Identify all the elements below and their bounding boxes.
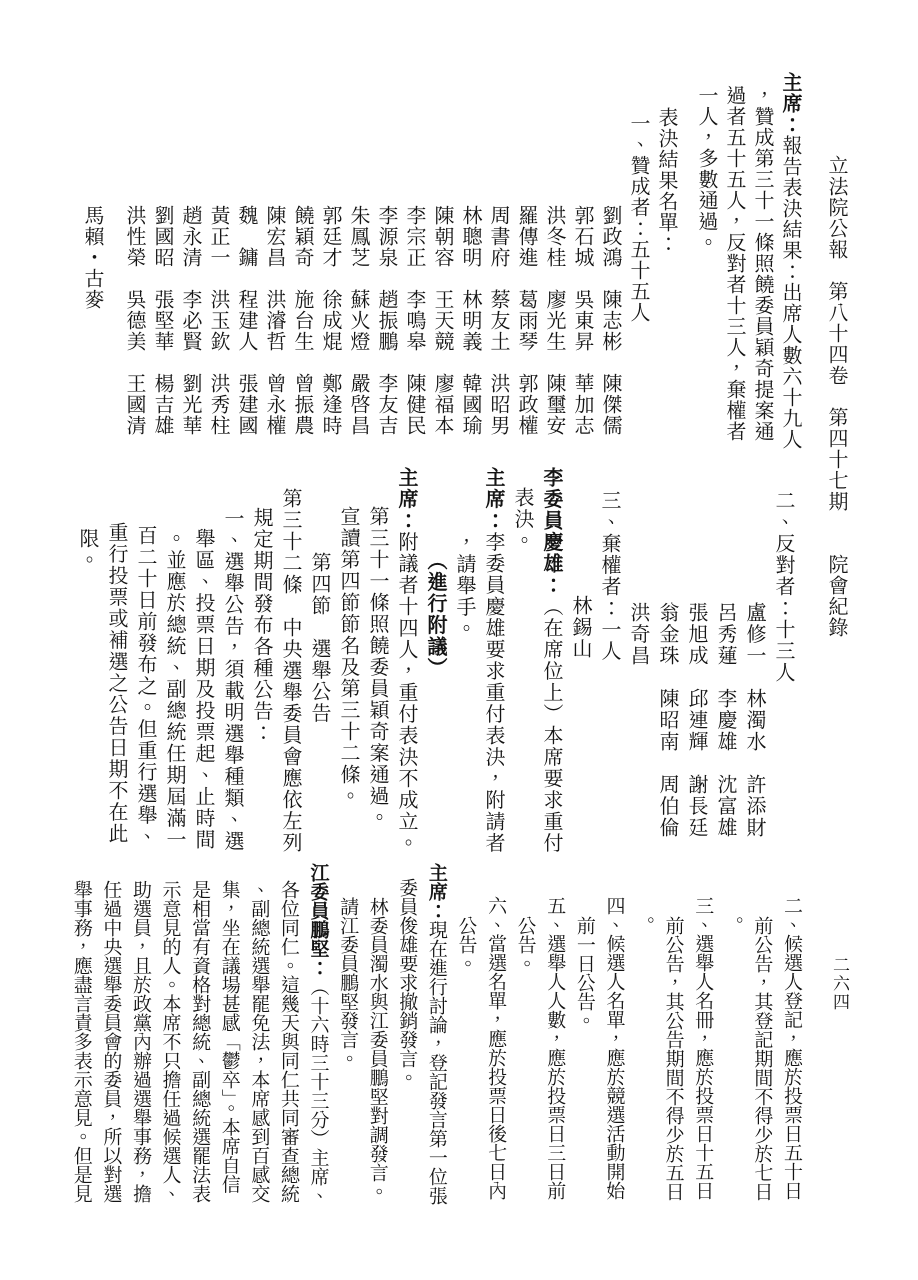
speaker-name: 主席： xyxy=(426,863,447,920)
name-list-column: 陳朝容 王天競 廖福本 xyxy=(429,65,457,463)
masthead-title: 立法院公報 第八十四卷 第四十七期 院會紀錄 xyxy=(822,155,851,638)
name-list-column: 羅傳進 葛雨琴 郭政權 xyxy=(513,65,541,463)
text-column: 三、棄權者：一人 xyxy=(595,460,624,882)
text-column: 五、選舉人人數，應於投票日三日前 xyxy=(539,860,569,1262)
text-column: 第三十一條照饒委員穎奇案通過。 xyxy=(363,460,392,882)
text-column: （進行附議） xyxy=(421,460,450,882)
text-column: 李委員慶雄：（在席位上）本席要求重付 xyxy=(537,460,566,882)
text-column: 第三十二條 中央選舉委員會應依左列 xyxy=(276,460,305,882)
text-column: 二、反對者：十三人 xyxy=(769,460,798,882)
text-column: 林委員濁水與江委員鵬堅對調發言。 xyxy=(361,860,391,1262)
name-list-column: 陳宏昌 洪濬哲 曾永權 xyxy=(261,65,289,463)
text-column: 是相當有資格對總統、副總統選罷法表 xyxy=(184,860,214,1262)
text-column: 限。 xyxy=(73,460,102,882)
speaker-name: 江委員鵬堅： xyxy=(308,863,329,977)
text-column: 公告。 xyxy=(509,860,539,1262)
opposition-and-article32-section: 二、反對者：十三人盧修一 林濁水 許添財呂秀蓮 李慶雄 沈富雄張旭成 邱連輝 謝… xyxy=(73,460,798,882)
text-column: 、副總統選舉罷免法，本席感到百感交 xyxy=(243,860,273,1262)
text-column: 任過中央選舉委員會的委員，所以對選 xyxy=(95,860,125,1262)
name-list-column: 趙永清 李必賢 劉光華 xyxy=(177,65,205,463)
name-list-column: 洪冬桂 廖光生 陳璽安 xyxy=(541,65,569,463)
name-list-column: 朱鳳芝 蘇火燈 嚴啓昌 xyxy=(345,65,373,463)
vote-report-section: 主席：報告表決結果：出席人數六十九人，贊成第三十一條照饒委員穎奇提案通過者五十五… xyxy=(79,65,805,463)
text-column: 集，坐在議場甚感「鬱卒」。本席自信 xyxy=(213,860,243,1262)
text-column: 一、贊成者：五十五人 xyxy=(625,65,653,463)
text-column: 主席：附議者十四人，重付表決不成立。 xyxy=(392,460,421,882)
name-list-column: 馬賴・古麥 xyxy=(79,65,107,463)
name-list-column: 魏 鏞 程建人 張建國 xyxy=(233,65,261,463)
speaker-name: 主席： xyxy=(395,467,417,532)
text-column: 百二十日前發布之。但重行選舉、 xyxy=(131,460,160,882)
announcements-and-speech-section: 二、候選人登記，應於投票日五十日前公告，其登記期間不得少於七日。三、選舉人名冊，… xyxy=(65,860,805,1262)
text-column: 一、選舉公告，須載明選舉種類、選 xyxy=(218,460,247,882)
text-column: 舉事務，應盡言責多表示意見。但是見 xyxy=(65,860,95,1262)
name-list-column: 周書府 蔡友土 洪昭男 xyxy=(485,65,513,463)
text-column: 主席：現在進行討論，登記發言第一位張 xyxy=(420,860,450,1262)
name-list-column: 盧修一 林濁水 許添財 xyxy=(740,460,769,882)
speaker-name: 主席： xyxy=(779,72,801,135)
name-list-column: 饒穎奇 施台生 曾振農 xyxy=(289,65,317,463)
text-column: 規定期間發布各種公告： xyxy=(247,460,276,882)
text-column: 宣讀第四節節名及第三十二條。 xyxy=(334,460,363,882)
name-list-column: 林聰明 林明義 韓國瑜 xyxy=(457,65,485,463)
text-column: 二、候選人登記，應於投票日五十日 xyxy=(775,860,805,1262)
text-column: 四、候選人名單，應於競選活動開始 xyxy=(598,860,628,1262)
name-list-column: 郭廷才 徐成焜 鄭逢時 xyxy=(317,65,345,463)
text-column: 主席：報告表決結果：出席人數六十九人 xyxy=(777,65,805,463)
text-column: 。 xyxy=(627,860,657,1262)
text-column: 第四節 選舉公告 xyxy=(305,460,334,882)
text-column: 江委員鵬堅：（十六時三十三分）主席、 xyxy=(302,860,332,1262)
speaker-name: 李委員慶雄： xyxy=(540,467,562,596)
text-column: 舉區、投票日期及投票起、止時間 xyxy=(189,460,218,882)
text-column: 委員俊雄要求撤銷發言。 xyxy=(391,860,421,1262)
text-column: 重行投票或補選之公告日期不在此 xyxy=(102,460,131,882)
name-list-column: 張旭成 邱連輝 謝長廷 xyxy=(682,460,711,882)
text-column: 三、選舉人名冊，應於投票日十五日 xyxy=(687,860,717,1262)
name-list-column: 翁金珠 陳昭南 周伯倫 xyxy=(653,460,682,882)
text-column: 前公告，其公告期間不得少於五日 xyxy=(657,860,687,1262)
text-column: 表決結果名單： xyxy=(653,65,681,463)
name-list-column: 黃正一 洪玉欽 洪秀柱 xyxy=(205,65,233,463)
name-list-column: 呂秀蓮 李慶雄 沈富雄 xyxy=(711,460,740,882)
text-column: 主席：李委員慶雄要求重付表決，附請者 xyxy=(479,460,508,882)
text-column: ，請舉手。 xyxy=(450,460,479,882)
text-column: 前公告，其登記期間不得少於七日 xyxy=(746,860,776,1262)
text-column: 示意見的人。本席不只擔任過候選人、 xyxy=(154,860,184,1262)
text-column: 請江委員鵬堅發言。 xyxy=(332,860,362,1262)
name-list-column: 洪性榮 吳德美 王國清 xyxy=(121,65,149,463)
text-column: 前一日公告。 xyxy=(568,860,598,1262)
name-list-column: 林錫山 xyxy=(566,460,595,882)
text-column: 一人，多數通過。 xyxy=(693,65,721,463)
text-column: 。 xyxy=(716,860,746,1262)
text-column: 表決。 xyxy=(508,460,537,882)
text-column: 助選員，且於政黨內辦過選舉事務，擔 xyxy=(124,860,154,1262)
page-number: 二六四 xyxy=(827,956,852,1012)
text-column: 六、當選名單，應於投票日後七日內 xyxy=(479,860,509,1262)
text-column: 各位同仁。這幾天與同仁共同審查總統 xyxy=(272,860,302,1262)
gazette-page: 立法院公報 第八十四卷 第四十七期 院會紀錄 二六四 主席：報告表決結果：出席人… xyxy=(0,0,918,1280)
text-column: 公告。 xyxy=(450,860,480,1262)
name-list-column: 郭石城 吳東昇 華加志 xyxy=(569,65,597,463)
name-list-column: 李源泉 趙振鵬 李友吉 xyxy=(373,65,401,463)
name-list-column: 洪奇昌 xyxy=(624,460,653,882)
speaker-name: 主席： xyxy=(482,467,504,532)
name-list-column: 李宗正 李鳴皋 陳健民 xyxy=(401,65,429,463)
name-list-column: 劉政鴻 陳志彬 陳傑儒 xyxy=(597,65,625,463)
text-column: 。並應於總統、副總統任期屆滿一 xyxy=(160,460,189,882)
text-column: 過者五十五人，反對者十三人，棄權者 xyxy=(721,65,749,463)
text-column: ，贊成第三十一條照饒委員穎奇提案通 xyxy=(749,65,777,463)
name-list-column: 劉國昭 張堅華 楊吉雄 xyxy=(149,65,177,463)
